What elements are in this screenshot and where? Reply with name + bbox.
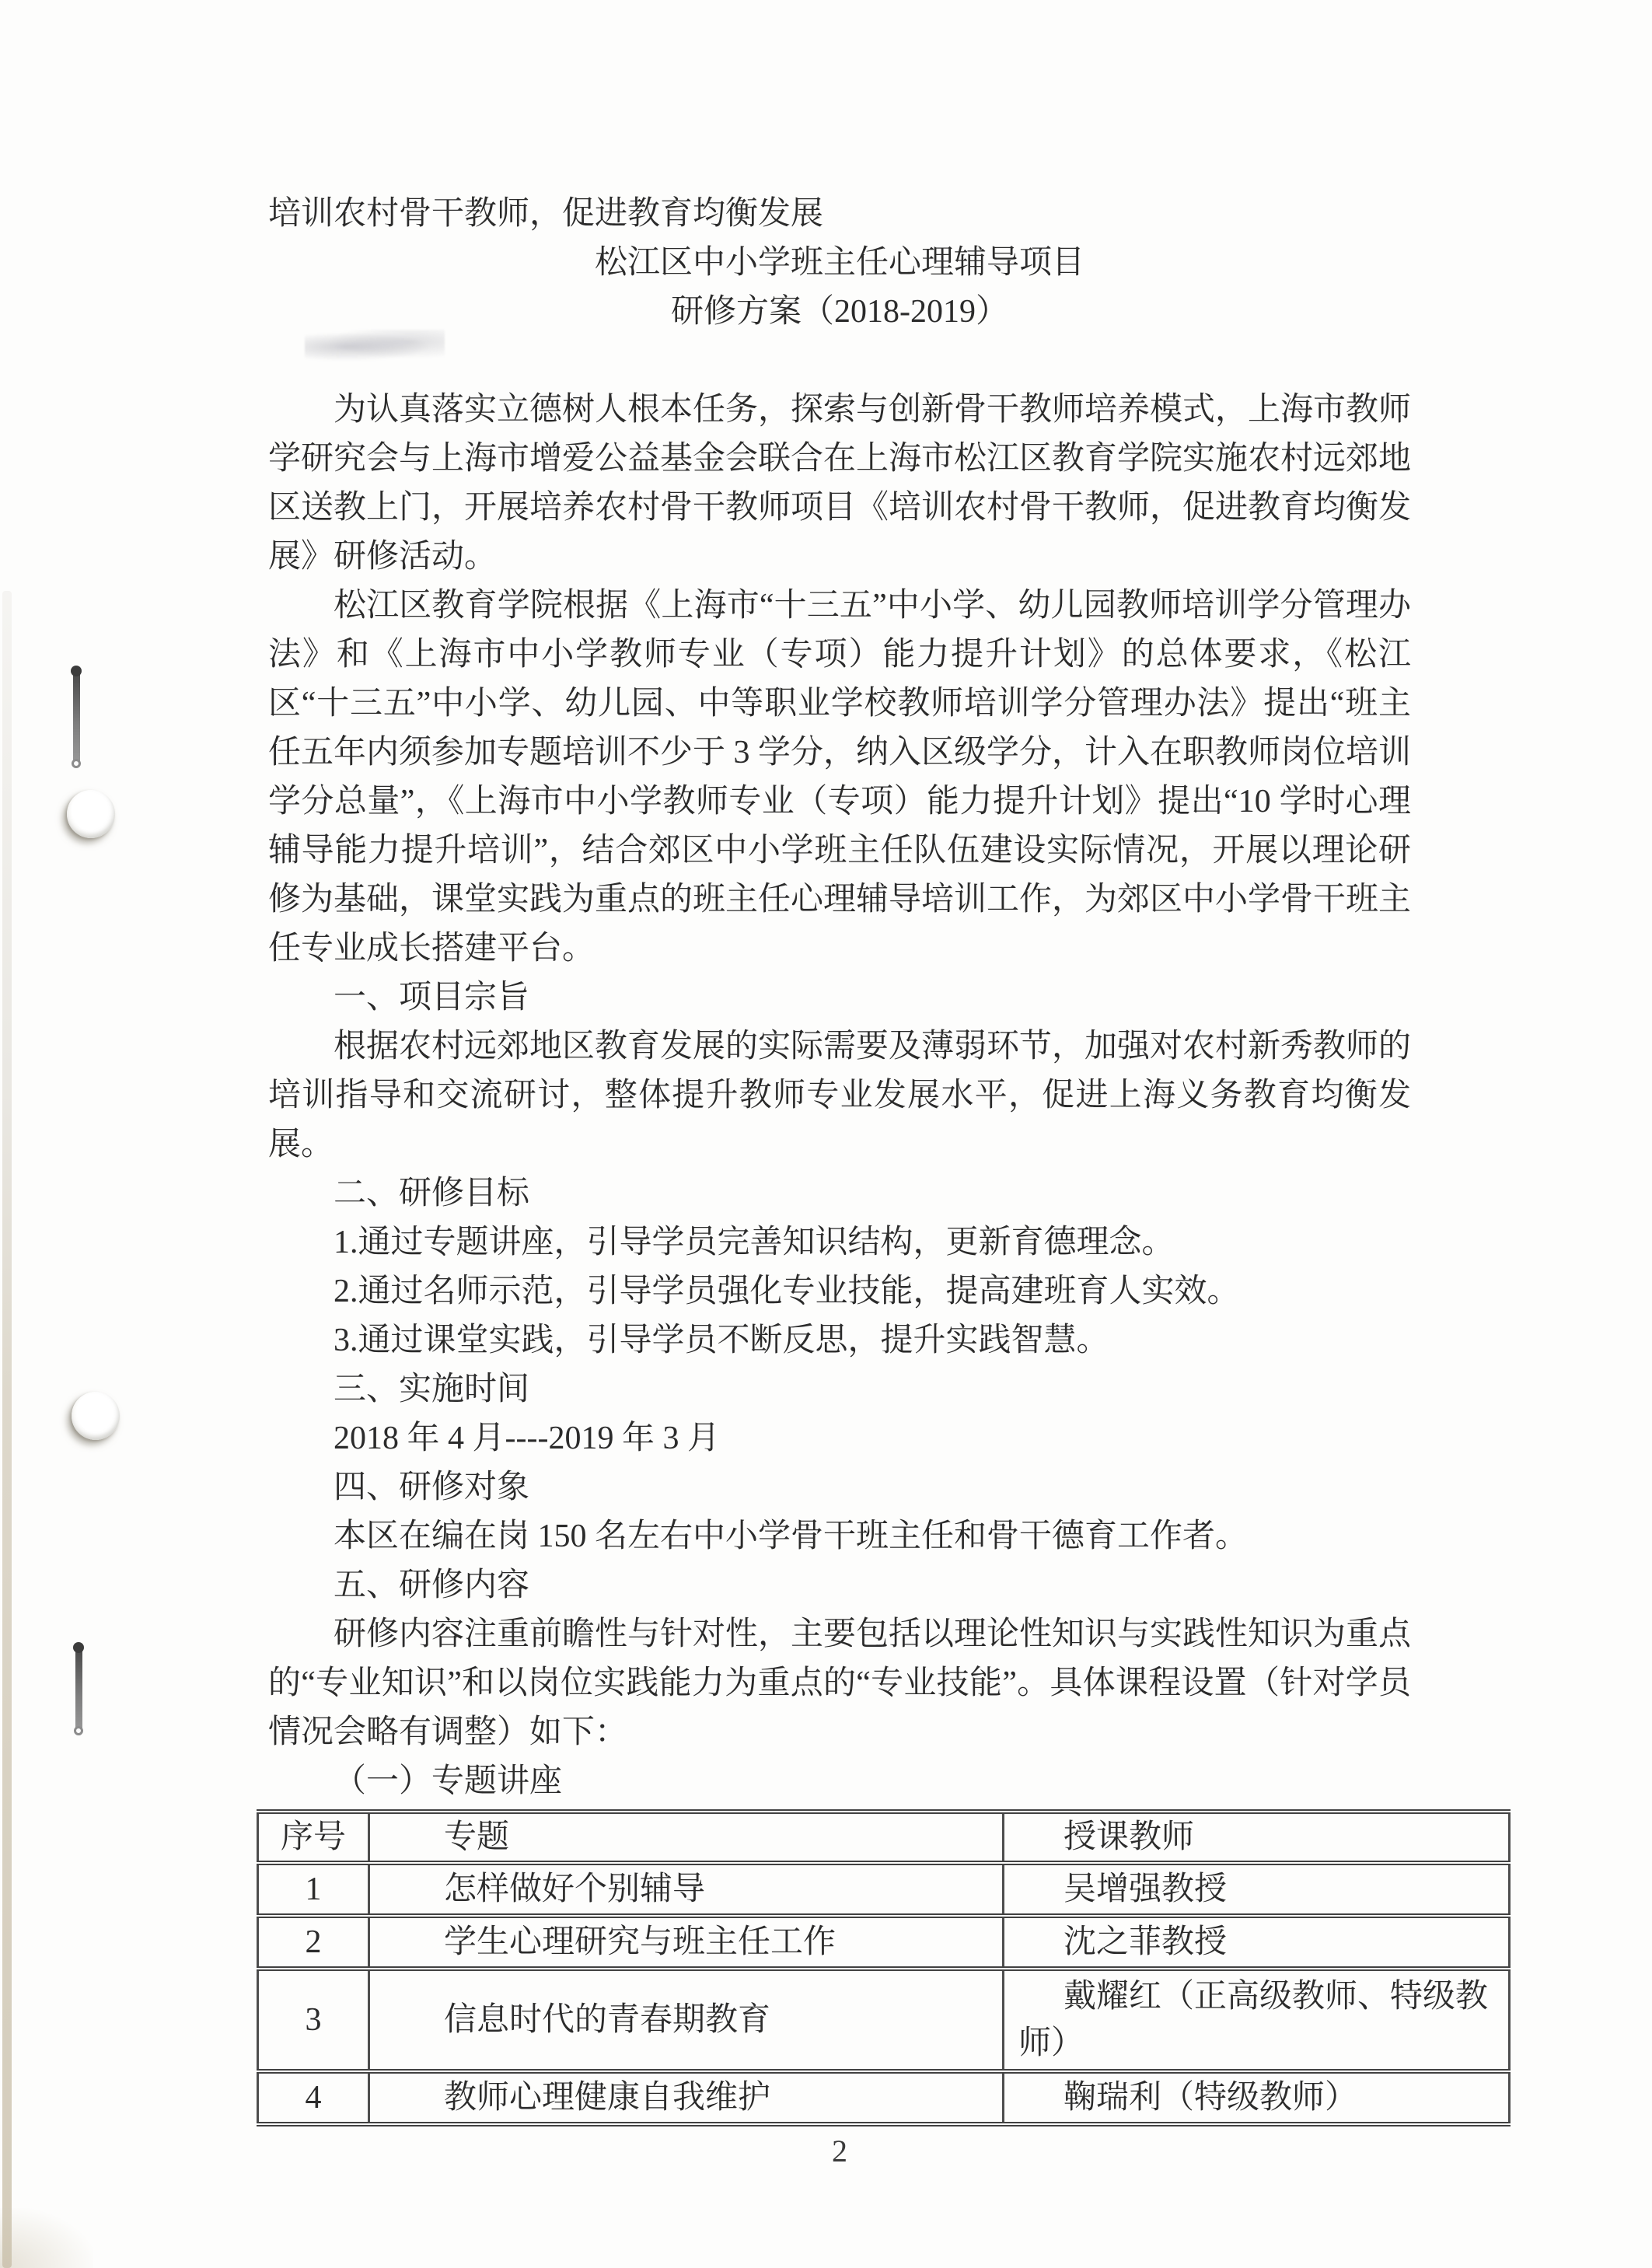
goal-item-3: 3.通过课堂实践，引导学员不断反思，提升实践智慧。 — [268, 1316, 1411, 1365]
table-cell-topic: 信息时代的青春期教育 — [369, 1969, 1004, 2071]
table-cell-no: 4 — [258, 2071, 369, 2124]
goal-item-2: 2.通过名师示范，引导学员强化专业技能，提高建班育人实效。 — [268, 1267, 1411, 1316]
table-cell-no: 3 — [258, 1969, 369, 2071]
blank-line — [268, 337, 1411, 386]
section-heading-4: 四、研修对象 — [268, 1463, 1411, 1512]
page-edge-shadow — [2, 591, 12, 2268]
table-header-row: 序号 专题 授课教师 — [258, 1812, 1510, 1863]
section-heading-2: 二、研修目标 — [268, 1169, 1411, 1218]
staple-mark-top-dot — [73, 1642, 84, 1653]
table-cell-no: 2 — [258, 1916, 369, 1969]
table-cell-topic: 教师心理健康自我维护 — [369, 2071, 1004, 2124]
table-cell-teacher: 吴增强教授 — [1004, 1863, 1510, 1916]
table-cell-teacher: 沈之菲教授 — [1004, 1916, 1510, 1969]
document-subtitle: 研修方案（2018-2019） — [268, 288, 1411, 337]
hole-punch-icon — [72, 1392, 120, 1440]
document-title: 松江区中小学班主任心理辅导项目 — [268, 239, 1411, 288]
table-row: 2 学生心理研究与班主任工作 沈之菲教授 — [258, 1916, 1510, 1969]
time-range-line: 2018 年 4 月----2019 年 3 月 — [268, 1414, 1411, 1463]
table-header-topic: 专题 — [369, 1812, 1004, 1863]
document-header-line: 培训农村骨干教师，促进教育均衡发展 — [268, 190, 1411, 239]
corner-scan-tint — [0, 2208, 93, 2268]
staple-mark-bottom-dot — [74, 1726, 83, 1735]
audience-line: 本区在编在岗 150 名左右中小学骨干班主任和骨干德育工作者。 — [268, 1512, 1411, 1561]
table-row: 1 怎样做好个别辅导 吴增强教授 — [258, 1863, 1510, 1916]
staple-mark-bottom-dot — [72, 759, 81, 768]
subsection-heading-lectures: （一）专题讲座 — [268, 1757, 1411, 1806]
section-heading-3: 三、实施时间 — [268, 1365, 1411, 1414]
goal-item-1: 1.通过专题讲座，引导学员完善知识结构，更新育德理念。 — [268, 1218, 1411, 1267]
table-row: 3 信息时代的青春期教育 戴耀红（正高级教师、特级教师） — [258, 1969, 1510, 2071]
table-cell-teacher: 鞠瑞利（特级教师） — [1004, 2071, 1510, 2124]
table-cell-topic: 学生心理研究与班主任工作 — [369, 1916, 1004, 1969]
page-number: 2 — [268, 2126, 1411, 2175]
paragraph-policy: 松江区教育学院根据《上海市“十三五”中小学、幼儿园教师培训学分管理办法》和《上海… — [268, 582, 1411, 973]
table-cell-topic: 怎样做好个别辅导 — [369, 1863, 1004, 1916]
paragraph-content: 研修内容注重前瞻性与针对性，主要包括以理论性知识与实践性知识为重点的“专业知识”… — [268, 1610, 1411, 1757]
staple-mark — [75, 1647, 82, 1735]
staple-mark-top-dot — [71, 666, 82, 676]
scanned-document-page: 培训农村骨干教师，促进教育均衡发展 松江区中小学班主任心理辅导项目 研修方案（2… — [0, 0, 1652, 2268]
table-cell-teacher: 戴耀红（正高级教师、特级教师） — [1004, 1969, 1510, 2071]
section-heading-1: 一、项目宗旨 — [268, 973, 1411, 1022]
staple-mark — [73, 670, 80, 767]
section-heading-5: 五、研修内容 — [268, 1561, 1411, 1610]
paragraph-intro: 为认真落实立德树人根本任务，探索与创新骨干教师培养模式，上海市教师学研究会与上海… — [268, 386, 1411, 582]
table-row: 4 教师心理健康自我维护 鞠瑞利（特级教师） — [258, 2071, 1510, 2124]
table-header-teacher: 授课教师 — [1004, 1812, 1510, 1863]
lecture-schedule-table: 序号 专题 授课教师 1 怎样做好个别辅导 吴增强教授 2 学生心理研究与班主任… — [257, 1809, 1511, 2126]
document-body: 培训农村骨干教师，促进教育均衡发展 松江区中小学班主任心理辅导项目 研修方案（2… — [268, 190, 1411, 2175]
hole-punch-icon — [67, 790, 115, 838]
table-cell-no: 1 — [258, 1863, 369, 1916]
table-header-no: 序号 — [258, 1812, 369, 1863]
paragraph-purpose: 根据农村远郊地区教育发展的实际需要及薄弱环节，加强对农村新秀教师的培训指导和交流… — [268, 1022, 1411, 1169]
